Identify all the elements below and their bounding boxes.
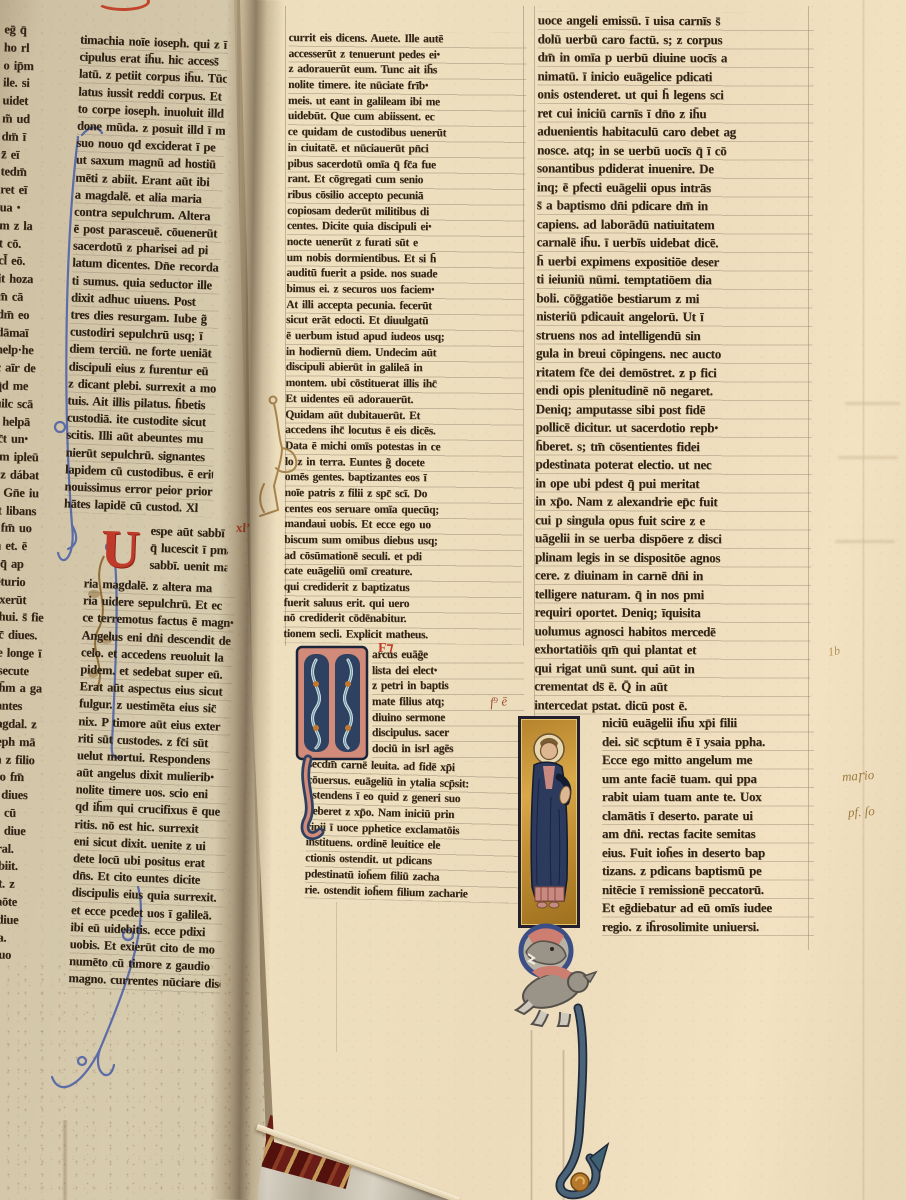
text-line: i z dábat — [0, 466, 63, 486]
zoomorphic-tail — [540, 1000, 650, 1200]
text-line: it hoza — [0, 270, 68, 290]
text-line: struens nos ad intelligendū sin — [536, 326, 812, 346]
text-line: t helpā — [0, 413, 64, 433]
text-line: nimatū. ī inicio euāgelice pdicati — [537, 67, 813, 87]
text-line: Et uidentes eū adorauerūt. — [285, 392, 523, 410]
text-line: capiens. ad laborādū natiuitatem — [537, 215, 813, 235]
left-page-column-bottom: ria magdalē. z altera maria uidere sepul… — [68, 575, 236, 993]
text-line: intercedat pstat. dicū post ē. — [534, 696, 810, 716]
text-line: uoce angeli emissū. ī uisa carnīs s̄ — [538, 11, 814, 31]
text-line: ti ieiuniū nūmi. temptatiōem dia — [536, 270, 812, 290]
text-line: t cō. — [0, 235, 69, 255]
left-page-column-top: timachia noīe ioseph. qui z īcipulus era… — [64, 32, 229, 518]
crease-1 — [530, 1030, 533, 1200]
text-line: t. Gn̄e iu — [0, 484, 62, 504]
decorated-initial-M — [294, 644, 378, 840]
text-line: pdestinata poterat electio. ut nec — [535, 455, 811, 475]
quire-mark: f⁹ ē — [489, 693, 507, 710]
text-line: z hui. s̄ fie — [0, 608, 59, 628]
text-line: hō diues — [0, 786, 55, 806]
margin-note-2: pf. ſo — [847, 803, 875, 821]
text-line: m̄ cā — [0, 288, 68, 308]
text-line: m̄ et. ē — [0, 537, 61, 557]
text-line: inq; ē pfecti euāgelii opus intrās — [537, 178, 813, 198]
text-line: montem. ubi cōstituerat illis ihc̄ — [286, 376, 524, 394]
text-line: currit eis dicens. Auete. Ille autē — [289, 31, 527, 49]
text-line: r fm̄ uo — [0, 519, 62, 539]
text-line: ret eī — [0, 181, 70, 201]
text-line: c aīr de — [0, 359, 66, 379]
text-line: regio. z ih̄rosolimite uniuersi. — [602, 918, 814, 937]
text-line: cēturio — [0, 573, 60, 593]
text-line: aīe longe ī — [0, 644, 58, 664]
text-line: eō diue — [0, 911, 51, 931]
text-line: cui p singula opus fuit scire z e — [535, 511, 811, 531]
text-line: gula in breui cōpingens. nec aucto — [536, 344, 812, 364]
margin-note-1: maꞅio — [841, 767, 874, 785]
text-line: pollicē dicitur. ut sacerdotio repbꞏ — [536, 418, 812, 438]
column-a-top: currit eis dicens. Auete. Ille autēacces… — [283, 31, 526, 645]
text-line: telligere naturam. q̄ in nos pmi — [535, 585, 811, 605]
text-line: oseph mā — [0, 733, 56, 753]
historiated-initial-figure-panel — [518, 716, 580, 928]
ruling-vertical — [336, 902, 337, 1052]
text-line: bimus ei. z securos uos faciemꞏ — [286, 282, 524, 300]
text-line: biscum sum omibus diebus usq; — [284, 533, 522, 551]
text-line: a mōte — [0, 893, 52, 913]
margin-mark: 1b — [827, 643, 841, 660]
text-line: uāgelii in se uerba dispōere z disci — [535, 529, 811, 549]
column-b-top: uoce angeli emissū. ī uisa carnīs s̄dolū… — [534, 11, 814, 715]
text-line: ho rl — [4, 39, 74, 59]
text-line: Data ē michi omīs potestas in ce — [285, 439, 523, 457]
text-line: eius. Fuit ioh̄es in deserto bap — [602, 844, 814, 863]
text-line: cl̄ eō. — [0, 253, 69, 273]
text-line: nisteriū pdicauit angelorū. Ut ī — [536, 307, 812, 327]
text-line: nolite timere. ite nūciate frībꞏ — [288, 78, 526, 96]
text-line: in xp̄o. Nam z alexandrie ep̄c fuit — [535, 492, 811, 512]
text-line: qui rigat unū sunt. qui aūt in — [534, 659, 810, 679]
text-line: m̃ ud — [2, 110, 72, 130]
text-line: accedens ihc̄ locutus ē eis dicēs. — [285, 423, 523, 441]
text-line: Deniq; amputasse sibi post fidē — [536, 400, 812, 420]
text-line: Et eḡdiebatur ad eū omīs iudee — [602, 899, 814, 918]
text-line: sabbī. uenit ma — [149, 557, 228, 577]
text-line: dixerūt — [0, 591, 60, 611]
text-line: ribus cōsilio accepto pecuniā — [287, 188, 525, 206]
text-line: in ciuitatē. et nūciauerūt pn̄ci — [288, 141, 526, 159]
text-line: lista dei electꞏ — [372, 664, 524, 680]
text-line: ile. si — [3, 75, 73, 95]
text-line: am ipleū — [0, 448, 63, 468]
text-line: scā cū — [0, 804, 54, 824]
text-line: niciū euāgelii ih̄u xp̄i filii — [602, 714, 814, 733]
text-line: am dn̄i. rectas facite semitas — [602, 825, 814, 844]
text-line: h̄ uerbi expimens expositiōe deser — [536, 252, 812, 272]
text-line: ret cui iniciū carnīs ī dn̄o z ih̄u — [537, 104, 813, 124]
text-line: silet. z — [0, 875, 52, 895]
text-line: rant. Et cōgregati cum senio — [287, 172, 525, 190]
text-line: discipulus. sacer — [372, 726, 524, 742]
text-line: ce quidam de custodibus uenerūt — [288, 125, 526, 143]
text-line: dm̄ ī — [1, 128, 71, 148]
red-initial-U: U — [100, 519, 141, 578]
text-line: z q̄ ap — [0, 555, 61, 575]
text-line: dei. sic̄ scp̄tum ē ī ysaia ppha. — [602, 733, 814, 752]
text-line: clamātis ī deserto. parate ui — [602, 807, 814, 826]
text-line: plinam legis in se dispositōe agnos — [535, 548, 811, 568]
text-line: nocte uenerūt z furati sūt e — [287, 235, 525, 253]
text-line: carnalē ih̄u. ī uerbīs uidebat dicē. — [537, 233, 813, 253]
text-line: noīe patris z filii z spc̄ scī. Do — [285, 486, 523, 504]
left-page-column-beside-initial: espe aūt sabbīq̄ lucescit ī pmasabbī. ue… — [149, 523, 229, 577]
text-line: um ante faciē tuam. qui ppa — [602, 770, 814, 789]
text-line: no. — [0, 964, 50, 984]
text-line: ab a. — [0, 929, 51, 949]
text-line: dolū uerbū caro factū. s; z corpus — [538, 30, 814, 50]
text-line: uilc scā — [0, 395, 65, 415]
text-line: z abiit. — [0, 857, 53, 877]
text-line: dm̄ eo — [0, 306, 67, 326]
text-line: mo diue — [0, 822, 54, 842]
column-b-beside-figure: niciū euāgelii ih̄u xp̄i filiidei. sic̄ … — [602, 714, 814, 936]
text-line: at libans — [0, 502, 62, 522]
text-line: in ope ubi pdest q̄ pui meritat — [535, 474, 811, 494]
text-line: dic̄ diues. — [0, 626, 59, 646]
text-line: am z filio — [0, 751, 55, 771]
text-line: magdal. z — [0, 715, 56, 735]
text-line: requiri oportet. Deniq; īquisita — [535, 603, 811, 623]
text-line: t ih̄m a ga — [0, 680, 57, 700]
faint-margin-note — [838, 456, 898, 459]
text-line: cere. z diuinam in carnē dn̄i in — [535, 566, 811, 586]
manuscript-photo: eḡ q̄ho rlo ip̄mile. siuidetm̃ uddm̄ īz̄… — [0, 0, 906, 1200]
text-line: boli. cōḡgatiōe bestiarum z mi — [536, 289, 812, 309]
text-line: qui crediderit z baptizatus — [284, 580, 522, 598]
saint-figure — [521, 719, 577, 925]
text-line: a secute — [0, 662, 58, 682]
text-line: Ecce ego mitto angelum me — [602, 751, 814, 770]
text-line: sonantibus pdiderat inuenire. De — [537, 159, 813, 179]
text-line: sero fm̄ — [0, 768, 55, 788]
text-line: uolumus agnosci habitos mercedē — [535, 622, 811, 642]
faint-margin-note — [835, 540, 895, 543]
text-line: tc̄t unꞏ — [0, 430, 64, 450]
text-line: exhortatiōis qm̄ qui plantat et — [534, 640, 810, 660]
text-line: uidet — [2, 92, 72, 112]
text-line: diuino sermone — [372, 711, 524, 727]
text-line: dāmaī — [0, 324, 67, 344]
faint-margin-note — [845, 402, 900, 405]
text-line: q̄d me — [0, 377, 65, 397]
text-line: eḡ q̄ — [4, 21, 74, 41]
text-line: arcus euāḡe — [372, 648, 524, 664]
text-line: ua ꞏ — [0, 199, 70, 219]
text-line: tedm̄ — [0, 164, 70, 184]
text-line: o ip̄m — [3, 57, 73, 77]
text-line: fm̄ uo — [0, 946, 50, 966]
text-line: h̄beret. s; tm̄ cōsentientes fidei — [536, 437, 812, 457]
text-line: onis ostenderet. ut qui h̄ legens sci — [537, 85, 813, 105]
text-line: s̄ a baptismo dn̄i pdicare dm̄ in — [537, 196, 813, 216]
text-line: dociū in isrl agēs — [372, 742, 524, 758]
text-line: help·he — [0, 341, 66, 361]
text-line: nosce. atq; in se uerbū uocīs q̄ ī cō — [537, 141, 813, 161]
text-line: nitēcie ī remissionē peccatorū. — [602, 881, 814, 900]
text-line: m z la — [0, 217, 69, 237]
text-line: rabit uiam tuam ante te. Uox — [602, 788, 814, 807]
text-line: ē uerbum istud apud iudeos usq; — [286, 329, 524, 347]
text-line: ritatem fc̄e dei demōstret. z p fici — [536, 363, 812, 383]
red-flourish-arc — [96, 0, 150, 11]
text-line: crementat ds̄ ē. Q̄ in aūt — [534, 677, 810, 697]
text-line: dm̄ in omīa p uerbū diuine uocīs a — [538, 48, 814, 68]
text-line: trantes — [0, 697, 57, 717]
crease-3 — [862, 0, 865, 1200]
text-line: t eral. — [0, 840, 53, 860]
text-line: tizans. z pdicans baptismū pe — [602, 862, 814, 881]
text-line: endi opis plenitudinē nō negaret. — [536, 381, 812, 401]
text-line: z̄ eī — [1, 146, 71, 166]
text-line: aduenientis habitaculū caro debet ag — [537, 122, 813, 142]
text-line: tionem secli. Explicit matheus. — [283, 627, 521, 645]
